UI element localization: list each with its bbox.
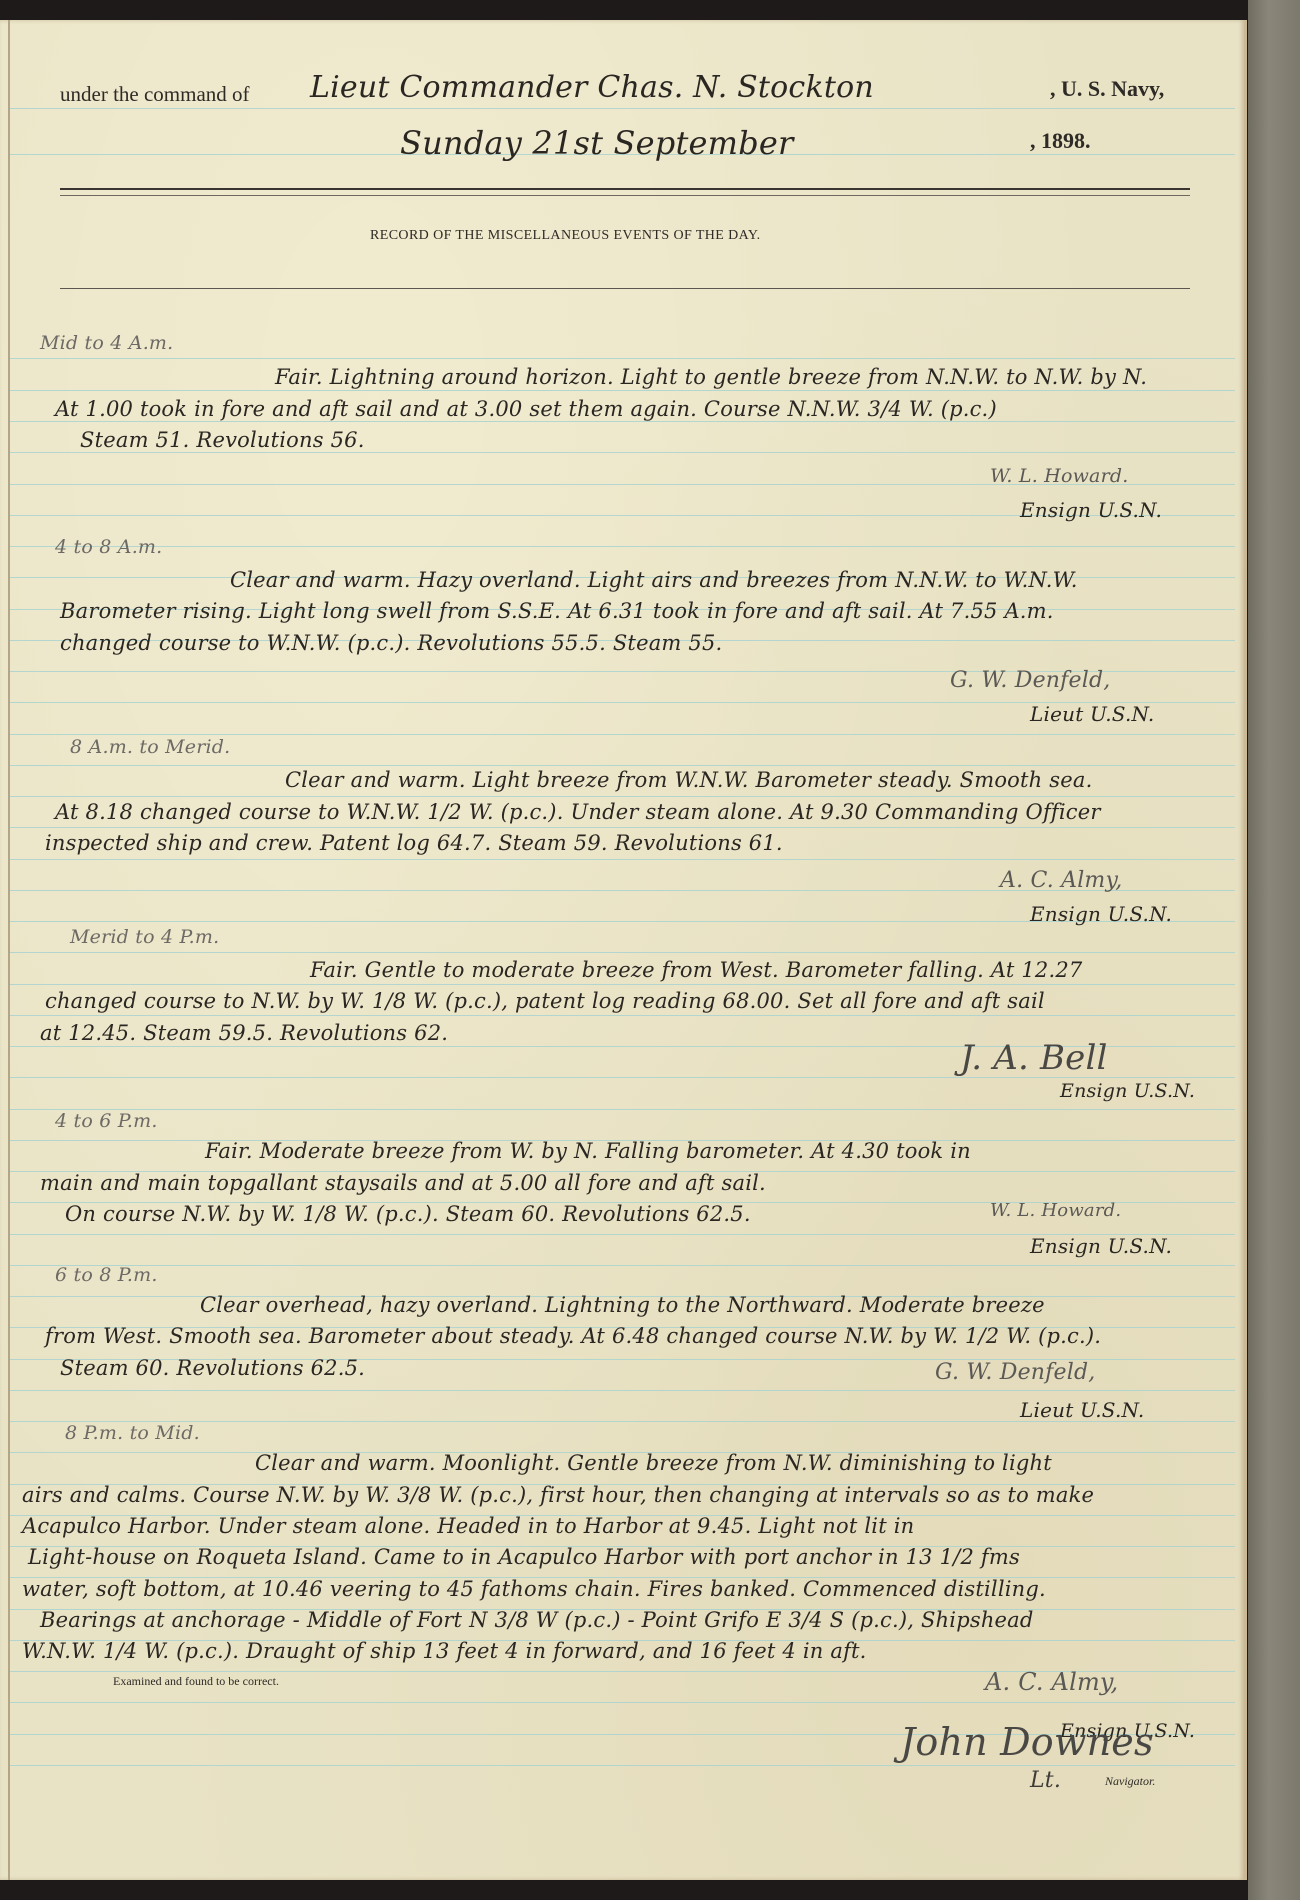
ruled-line <box>10 1109 1235 1110</box>
watch-entry-line: water, soft bottom, at 10.46 veering to … <box>22 1574 1046 1605</box>
command-prefix: under the command of <box>60 82 250 107</box>
officer-rank: Lieut U.S.N. <box>1030 702 1155 726</box>
watch-entry-line: At 1.00 took in fore and aft sail and at… <box>55 394 997 425</box>
officer-signature: J. A. Bell <box>960 1038 1108 1078</box>
officer-rank: Ensign U.S.N. <box>1060 1080 1195 1102</box>
officer-rank: Ensign U.S.N. <box>1030 902 1172 926</box>
navigator-signature: John Downes <box>900 1720 1154 1764</box>
watch-period: 4 to 8 A.m. <box>55 536 162 558</box>
watch-entry-line: At 8.18 changed course to W.N.W. 1/2 W. … <box>55 797 1101 828</box>
watch-entry-line: Clear and warm. Light breeze from W.N.W.… <box>285 765 1092 796</box>
watch-entry-line: from West. Smooth sea. Barometer about s… <box>45 1321 1101 1352</box>
ruled-line <box>10 734 1235 735</box>
watch-entry-line: Clear and warm. Moonlight. Gentle breeze… <box>255 1448 1052 1479</box>
watch-entry-line: at 12.45. Steam 59.5. Revolutions 62. <box>40 1018 448 1049</box>
officer-rank: Ensign U.S.N. <box>1020 498 1162 522</box>
officer-signature: G. W. Denfeld, <box>935 1360 1095 1385</box>
watch-entry-line: Bearings at anchorage - Middle of Fort N… <box>40 1605 1034 1636</box>
page-binding-line <box>8 20 10 1880</box>
watch-entry-line: Fair. Gentle to moderate breeze from Wes… <box>310 955 1083 986</box>
book-cover-edge <box>1248 0 1300 1900</box>
ruled-line <box>10 859 1235 860</box>
section-rule <box>60 288 1190 289</box>
watch-entry-line: Acapulco Harbor. Under steam alone. Head… <box>22 1511 914 1542</box>
watch-entry-line: changed course to N.W. by W. 1/8 W. (p.c… <box>45 986 1045 1017</box>
ruled-line <box>10 358 1235 359</box>
header-double-rule <box>60 188 1190 196</box>
officer-signature: W. L. Howard. <box>990 1200 1121 1221</box>
commander-name: Lieut Commander Chas. N. Stockton <box>310 70 874 105</box>
watch-entry-line: On course N.W. by W. 1/8 W. (p.c.). Stea… <box>65 1199 751 1230</box>
watch-period: Mid to 4 A.m. <box>40 332 173 354</box>
watch-period: 8 P.m. to Mid. <box>65 1422 200 1444</box>
officer-signature: G. W. Denfeld, <box>950 668 1110 693</box>
logbook-page: under the command of Lieut Commander Cha… <box>0 20 1247 1880</box>
watch-entry-line: Clear overhead, hazy overland. Lightning… <box>200 1290 1045 1321</box>
navigator-label: Navigator. <box>1105 1774 1155 1789</box>
examined-label: Examined and found to be correct. <box>113 1674 279 1689</box>
watch-period: 6 to 8 P.m. <box>55 1264 158 1286</box>
watch-entry-line: Fair. Lightning around horizon. Light to… <box>275 362 1147 393</box>
ruled-line <box>10 952 1235 953</box>
officer-signature: A. C. Almy, <box>985 1668 1118 1696</box>
officer-rank: Ensign U.S.N. <box>1030 1234 1172 1258</box>
watch-entry-line: Clear and warm. Hazy overland. Light air… <box>230 565 1078 596</box>
watch-entry-line: Fair. Moderate breeze from W. by N. Fall… <box>205 1136 971 1167</box>
watch-entry-line: airs and calms. Course N.W. by W. 3/8 W.… <box>22 1480 1094 1511</box>
watch-entry-line: Light-house on Roqueta Island. Came to i… <box>28 1542 1020 1573</box>
ruled-line <box>10 108 1235 109</box>
watch-entry-line: Steam 60. Revolutions 62.5. <box>60 1353 365 1384</box>
log-date: Sunday 21st September <box>400 124 794 162</box>
navigator-rank: Lt. <box>1030 1768 1061 1793</box>
watch-period: Merid to 4 P.m. <box>70 926 219 948</box>
section-title: RECORD OF THE MISCELLANEOUS EVENTS OF TH… <box>370 228 760 244</box>
log-year: , 1898. <box>1030 128 1091 154</box>
watch-entry-line: Barometer rising. Light long swell from … <box>60 596 1054 627</box>
officer-signature: A. C. Almy, <box>1000 868 1122 893</box>
watch-period: 8 A.m. to Merid. <box>70 736 230 758</box>
ruled-line <box>10 1702 1235 1703</box>
watch-entry-line: changed course to W.N.W. (p.c.). Revolut… <box>60 628 722 659</box>
watch-entry-line: W.N.W. 1/4 W. (p.c.). Draught of ship 13… <box>22 1636 867 1667</box>
watch-entry-line: inspected ship and crew. Patent log 64.7… <box>45 828 783 859</box>
officer-rank: Lieut U.S.N. <box>1020 1398 1145 1422</box>
ruled-line <box>10 1765 1235 1766</box>
service-label: , U. S. Navy, <box>1050 76 1164 102</box>
officer-signature: W. L. Howard. <box>990 465 1128 487</box>
watch-entry-line: Steam 51. Revolutions 56. <box>80 425 365 456</box>
ruled-line <box>10 1390 1235 1391</box>
watch-entry-line: main and main topgallant staysails and a… <box>40 1168 766 1199</box>
ruled-line <box>10 546 1235 547</box>
watch-period: 4 to 6 P.m. <box>55 1110 158 1132</box>
ruled-line <box>10 1265 1235 1266</box>
